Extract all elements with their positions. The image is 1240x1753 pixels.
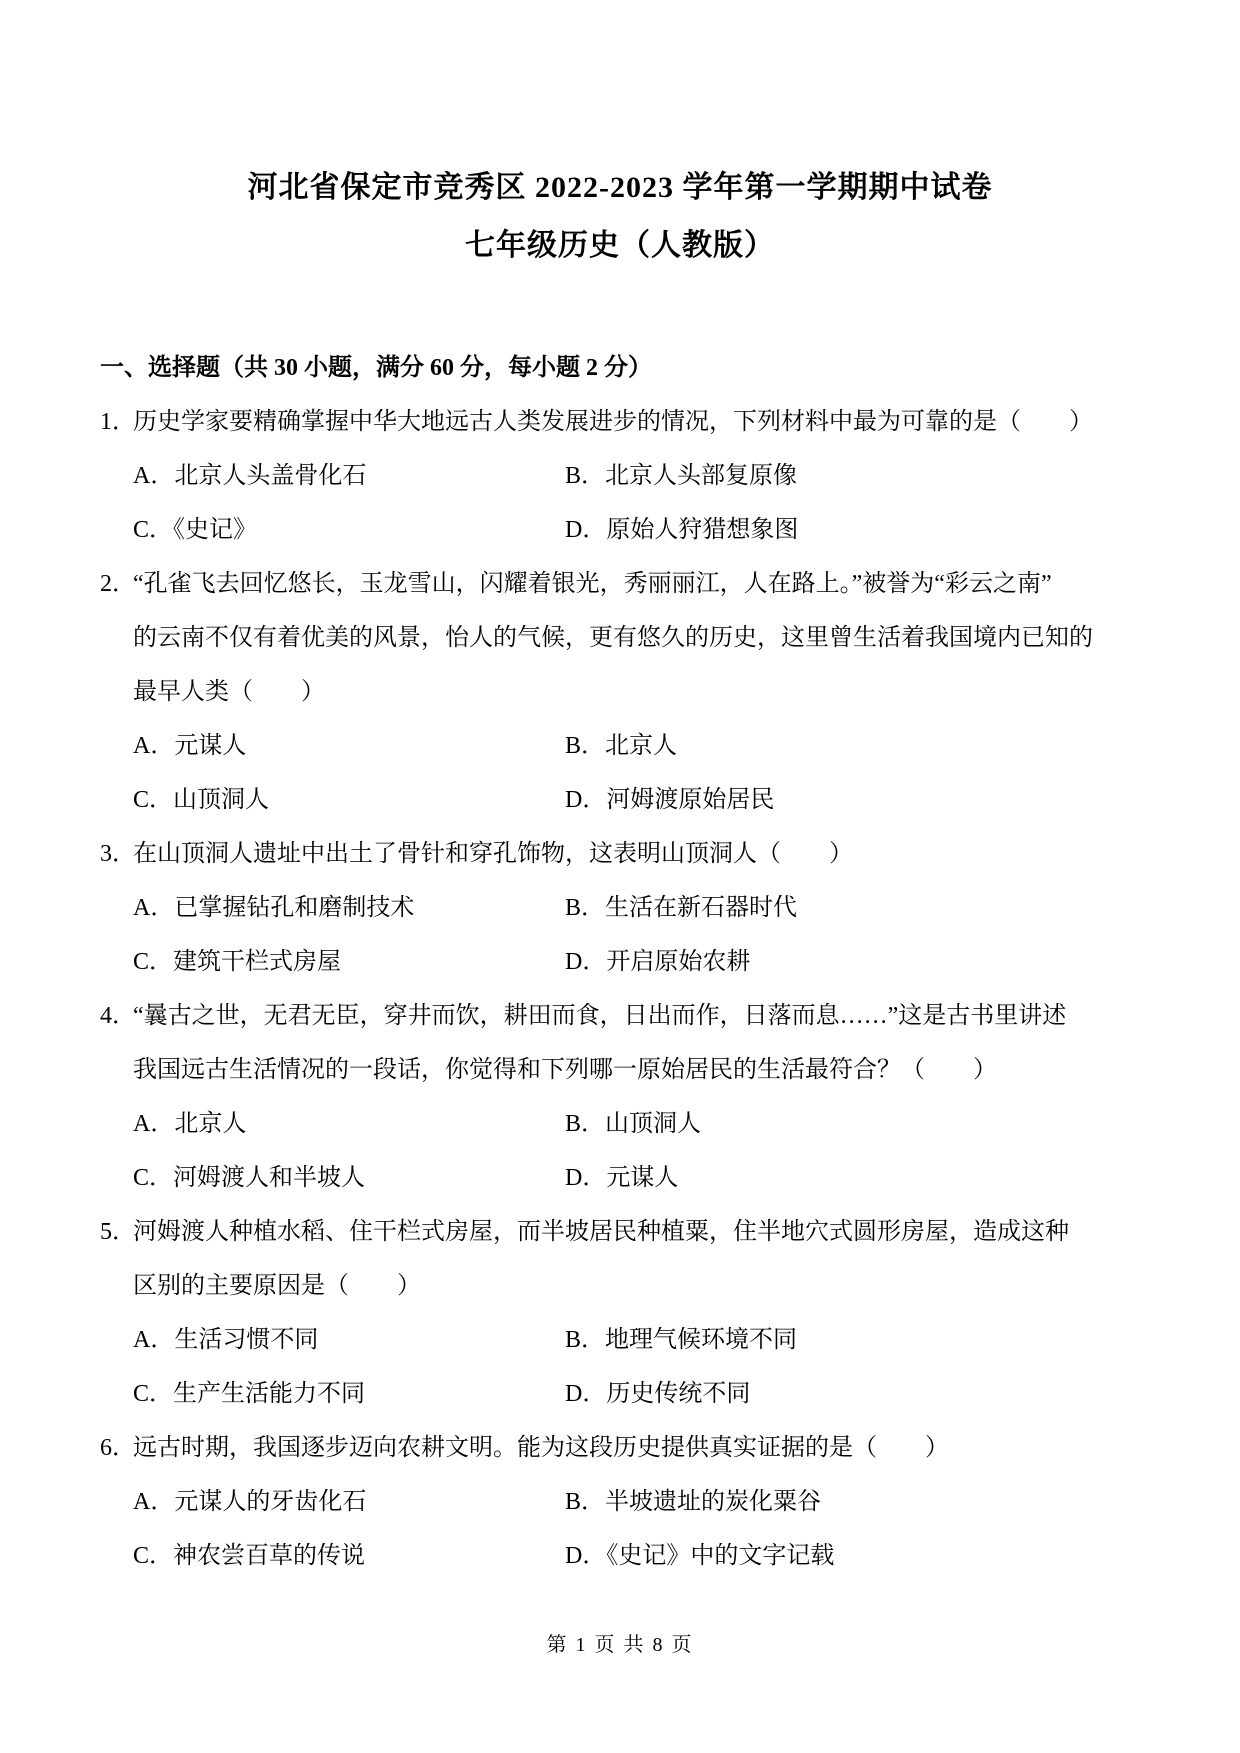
question-3: 3．在山顶洞人遗址中出土了骨针和穿孔饰物，这表明山顶洞人（ ） A．已掌握钻孔和… xyxy=(100,827,1200,989)
option-b: B．北京人头部复原像 xyxy=(565,463,797,489)
option-a: A．北京人头盖骨化石 xyxy=(133,449,565,503)
option-d: D．元谋人 xyxy=(565,1165,678,1191)
question-line: 5．河姆渡人种植水稻、住干栏式房屋，而半坡居民种植粟，住半地穴式圆形房屋，造成这… xyxy=(100,1205,1200,1259)
option-c: C．河姆渡人和半坡人 xyxy=(133,1151,565,1205)
question-number: 2． xyxy=(100,557,133,611)
option-d: D．河姆渡原始居民 xyxy=(565,787,774,813)
exam-subtitle: 七年级历史（人教版） xyxy=(0,228,1240,264)
question-line: 我国远古生活情况的一段话，你觉得和下列哪一原始居民的生活最符合？（ ） xyxy=(100,1043,1200,1097)
option-a: A．生活习惯不同 xyxy=(133,1313,565,1367)
question-5: 5．河姆渡人种植水稻、住干栏式房屋，而半坡居民种植粟，住半地穴式圆形房屋，造成这… xyxy=(100,1205,1200,1421)
options-row: C．山顶洞人D．河姆渡原始居民 xyxy=(100,773,1200,827)
question-line: 最早人类（ ） xyxy=(100,665,1200,719)
question-1: 1．历史学家要精确掌握中华大地远古人类发展进步的情况，下列材料中最为可靠的是（ … xyxy=(100,395,1200,557)
exam-body: 一、选择题（共 30 小题，满分 60 分，每小题 2 分） 1．历史学家要精确… xyxy=(0,341,1240,1583)
question-text: 远古时期，我国逐步迈向农耕文明。能为这段历史提供真实证据的是（ ） xyxy=(133,1435,949,1461)
option-b: B．地理气候环境不同 xyxy=(565,1327,797,1353)
question-line: 3．在山顶洞人遗址中出土了骨针和穿孔饰物，这表明山顶洞人（ ） xyxy=(100,827,1200,881)
question-number: 3． xyxy=(100,827,133,881)
option-a: A．元谋人 xyxy=(133,719,565,773)
option-b: B．生活在新石器时代 xyxy=(565,895,797,921)
option-d: D．《史记》中的文字记载 xyxy=(565,1543,834,1569)
question-text: 历史学家要精确掌握中华大地远古人类发展进步的情况，下列材料中最为可靠的是（ ） xyxy=(133,409,1093,435)
options-row: A．已掌握钻孔和磨制技术B．生活在新石器时代 xyxy=(100,881,1200,935)
options-row: A．北京人头盖骨化石B．北京人头部复原像 xyxy=(100,449,1200,503)
question-number: 5． xyxy=(100,1205,133,1259)
options-row: C．神农尝百草的传说D．《史记》中的文字记载 xyxy=(100,1529,1200,1583)
option-c: C．山顶洞人 xyxy=(133,773,565,827)
section-header: 一、选择题（共 30 小题，满分 60 分，每小题 2 分） xyxy=(100,341,1200,395)
exam-paper-page: 河北省保定市竞秀区 2022-2023 学年第一学期期中试卷 七年级历史（人教版… xyxy=(0,0,1240,1753)
option-d: D．原始人狩猎想象图 xyxy=(565,517,798,543)
option-d: D．历史传统不同 xyxy=(565,1381,750,1407)
option-a: A．元谋人的牙齿化石 xyxy=(133,1475,565,1529)
option-d: D．开启原始农耕 xyxy=(565,949,750,975)
page-footer: 第 1 页 共 8 页 xyxy=(0,1633,1240,1657)
option-c: C．《史记》 xyxy=(133,503,565,557)
option-b: B．山顶洞人 xyxy=(565,1111,701,1137)
question-2: 2．“孔雀飞去回忆悠长，玉龙雪山，闪耀着银光，秀丽丽江，人在路上。”被誉为“彩云… xyxy=(100,557,1200,827)
option-c: C．生产生活能力不同 xyxy=(133,1367,565,1421)
question-line: 2．“孔雀飞去回忆悠长，玉龙雪山，闪耀着银光，秀丽丽江，人在路上。”被誉为“彩云… xyxy=(100,557,1200,611)
question-line: 的云南不仅有着优美的风景，怡人的气候，更有悠久的历史，这里曾生活着我国境内已知的 xyxy=(100,611,1200,665)
options-row: C．生产生活能力不同D．历史传统不同 xyxy=(100,1367,1200,1421)
options-row: C．《史记》D．原始人狩猎想象图 xyxy=(100,503,1200,557)
question-line: 1．历史学家要精确掌握中华大地远古人类发展进步的情况，下列材料中最为可靠的是（ … xyxy=(100,395,1200,449)
question-line: 区别的主要原因是（ ） xyxy=(100,1259,1200,1313)
question-text: “曩古之世，无君无臣，穿井而饮，耕田而食，日出而作，日落而息……”这是古书里讲述 xyxy=(133,1003,1066,1029)
question-text: 河姆渡人种植水稻、住干栏式房屋，而半坡居民种植粟，住半地穴式圆形房屋，造成这种 xyxy=(133,1219,1069,1245)
option-c: C．建筑干栏式房屋 xyxy=(133,935,565,989)
question-number: 4． xyxy=(100,989,133,1043)
options-row: A．生活习惯不同B．地理气候环境不同 xyxy=(100,1313,1200,1367)
question-text: 在山顶洞人遗址中出土了骨针和穿孔饰物，这表明山顶洞人（ ） xyxy=(133,841,853,867)
question-4: 4．“曩古之世，无君无臣，穿井而饮，耕田而食，日出而作，日落而息……”这是古书里… xyxy=(100,989,1200,1205)
question-line: 6．远古时期，我国逐步迈向农耕文明。能为这段历史提供真实证据的是（ ） xyxy=(100,1421,1200,1475)
question-number: 1． xyxy=(100,395,133,449)
option-c: C．神农尝百草的传说 xyxy=(133,1529,565,1583)
options-row: A．元谋人B．北京人 xyxy=(100,719,1200,773)
question-line: 4．“曩古之世，无君无臣，穿井而饮，耕田而食，日出而作，日落而息……”这是古书里… xyxy=(100,989,1200,1043)
question-text: “孔雀飞去回忆悠长，玉龙雪山，闪耀着银光，秀丽丽江，人在路上。”被誉为“彩云之南… xyxy=(133,571,1052,597)
options-row: A．北京人B．山顶洞人 xyxy=(100,1097,1200,1151)
question-number: 6． xyxy=(100,1421,133,1475)
options-row: C．建筑干栏式房屋D．开启原始农耕 xyxy=(100,935,1200,989)
option-b: B．北京人 xyxy=(565,733,677,759)
options-row: C．河姆渡人和半坡人D．元谋人 xyxy=(100,1151,1200,1205)
options-row: A．元谋人的牙齿化石B．半坡遗址的炭化粟谷 xyxy=(100,1475,1200,1529)
option-a: A．已掌握钻孔和磨制技术 xyxy=(133,881,565,935)
option-a: A．北京人 xyxy=(133,1097,565,1151)
question-6: 6．远古时期，我国逐步迈向农耕文明。能为这段历史提供真实证据的是（ ） A．元谋… xyxy=(100,1421,1200,1583)
exam-title: 河北省保定市竞秀区 2022-2023 学年第一学期期中试卷 xyxy=(0,0,1240,206)
option-b: B．半坡遗址的炭化粟谷 xyxy=(565,1489,821,1515)
